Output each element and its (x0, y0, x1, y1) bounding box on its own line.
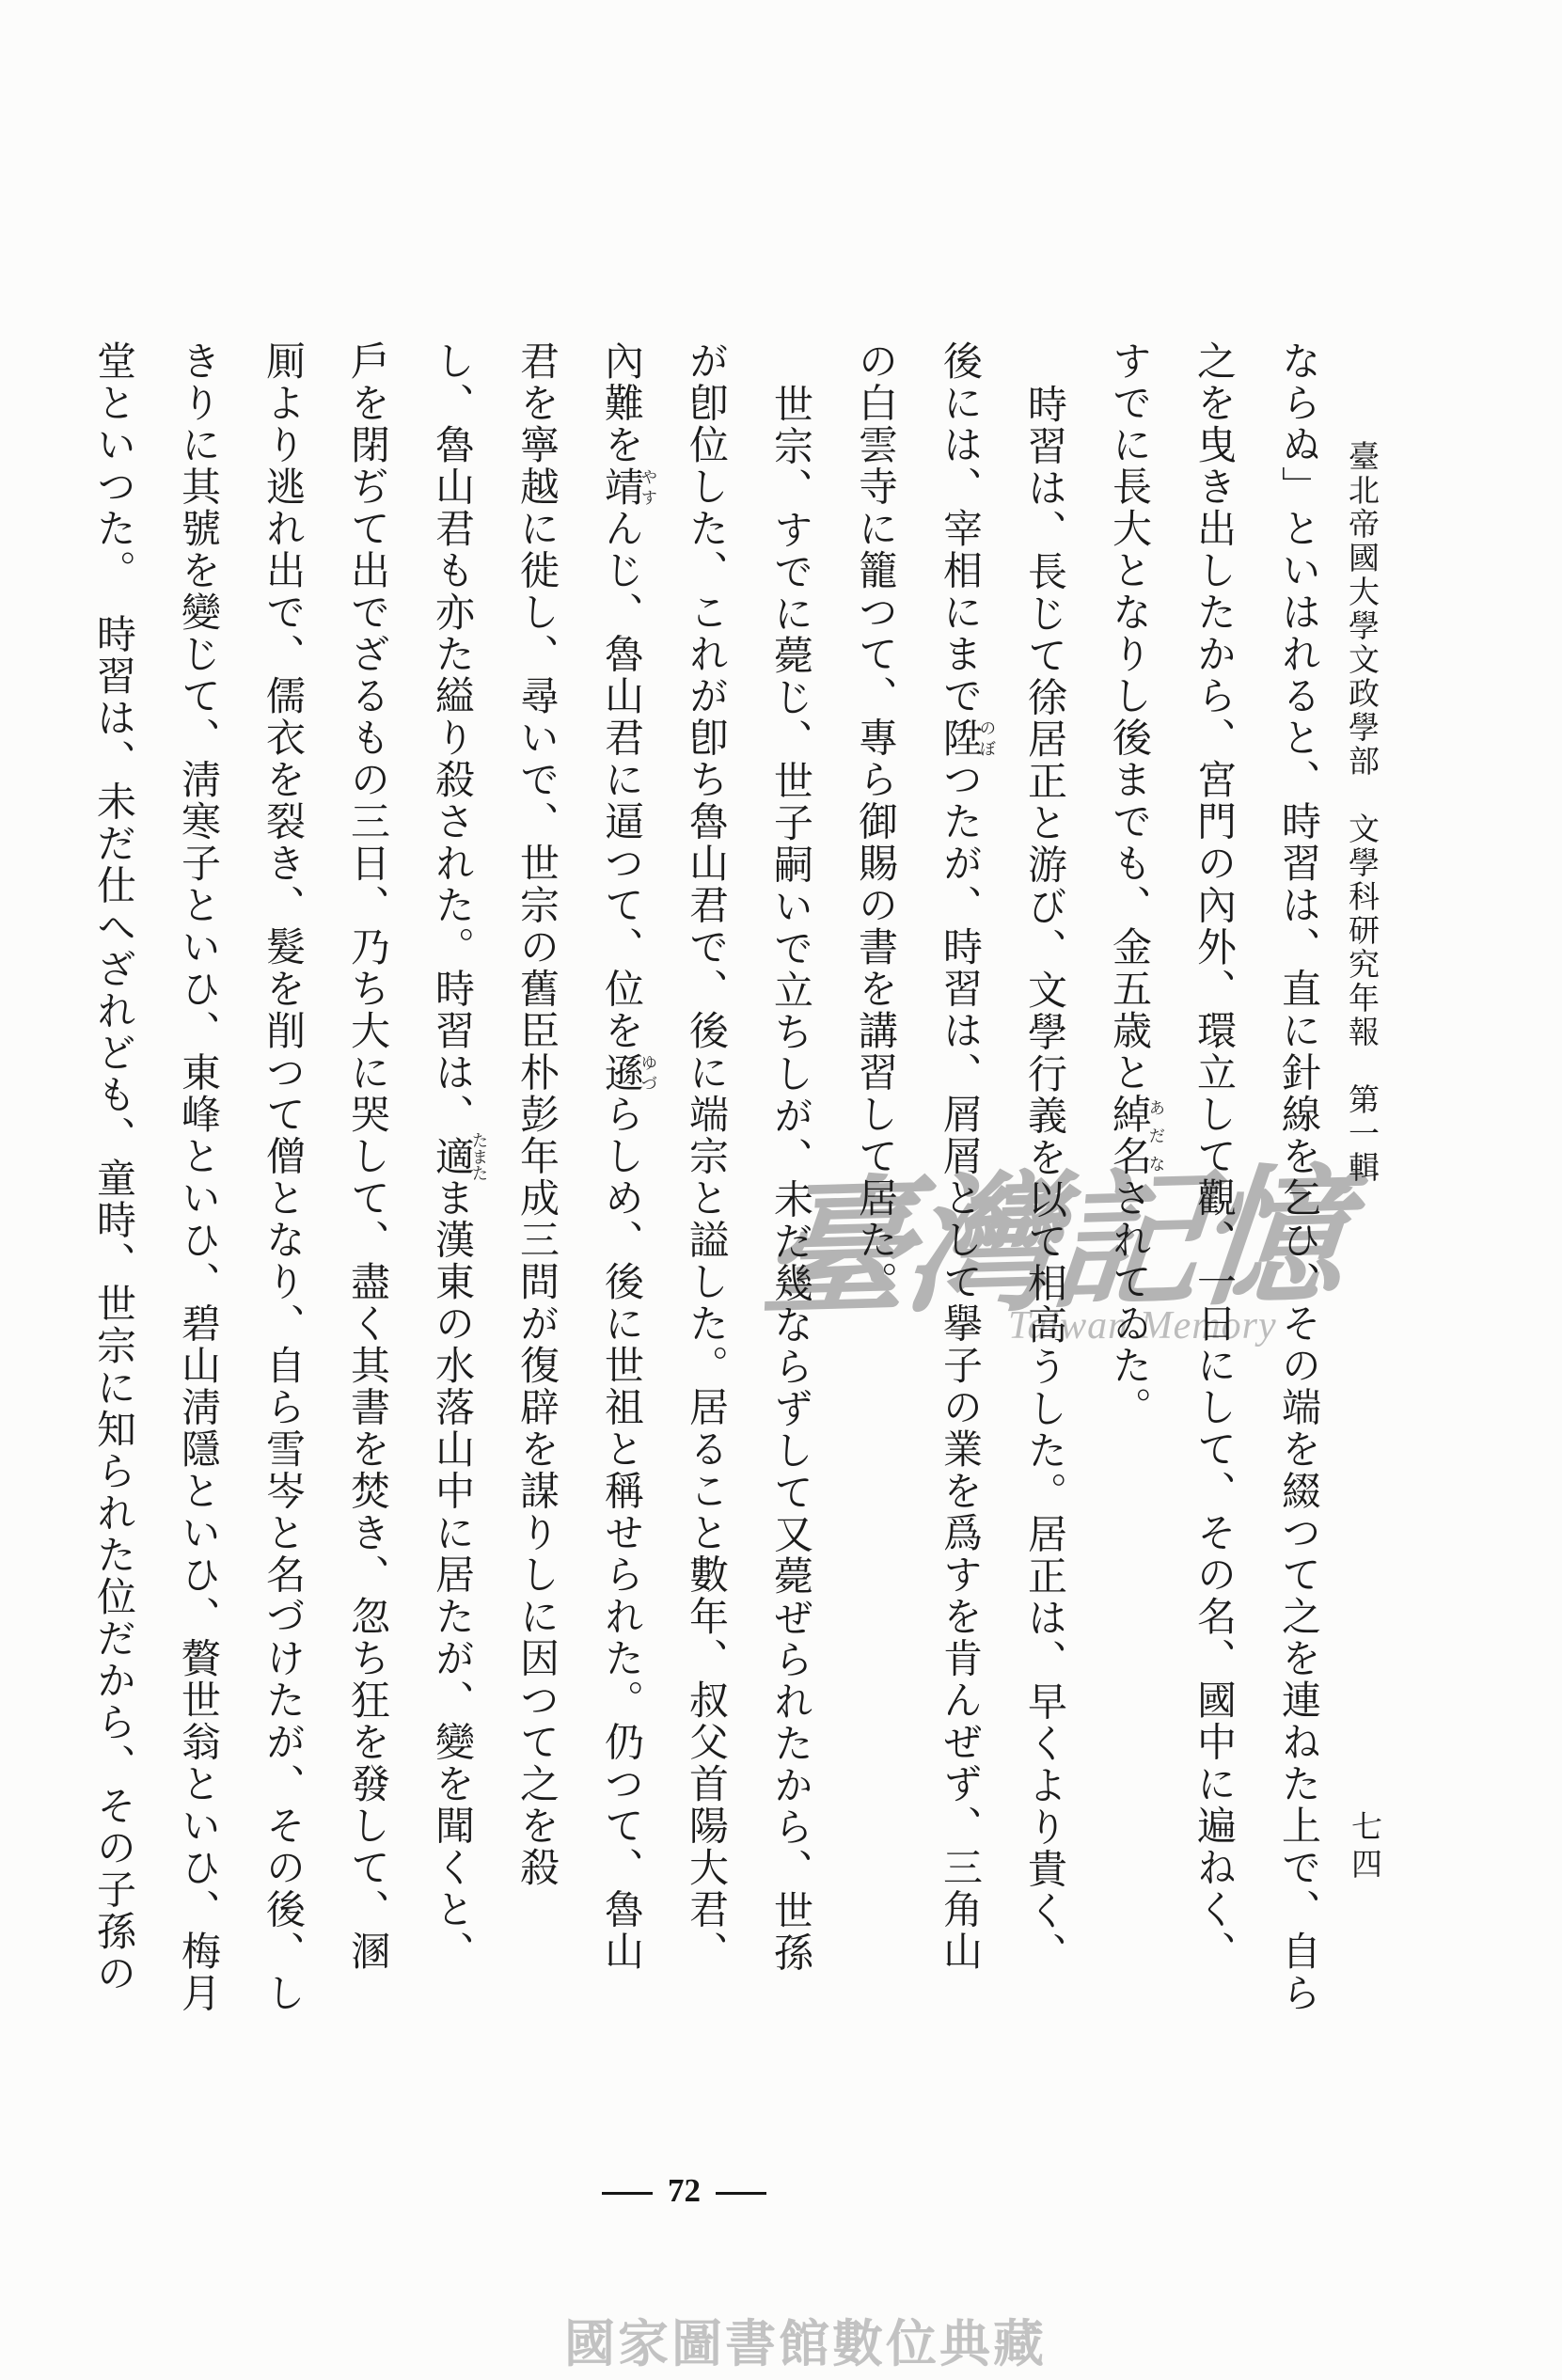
page-number-rule-left (602, 2192, 653, 2195)
folio-number: 七四 (1342, 1810, 1386, 1885)
page-number: 72 (668, 2172, 701, 2210)
scanned-page: 臺灣記憶 Taiwan Memory 臺北帝國大學文政學部 文學科研究年報 第一… (0, 0, 1562, 2380)
text-column: ならぬ」といはれると、時習は、直に針線を乞ひ、その端を綴つて之を連ねた上で、自ら (1255, 340, 1340, 2174)
text-column: 後には、宰相にまで陞のぼつたが、時習は、屑屑として擧子の業を爲すを肯んぜず、三角… (917, 340, 1002, 2174)
text-column: きりに其號を變じて、淸寒子といひ、東峰といひ、碧山淸隱といひ、贅世翁といひ、梅月 (155, 340, 240, 2174)
text-column: 堂といつた。 時習は、未だ仕へざれども、童時、世宗に知られた位だから、その子孫の (71, 340, 155, 2174)
text-column: し、魯山君も亦た縊り殺された。時習は、適たまたま漢東の水落山中に居たが、變を聞く… (409, 340, 494, 2174)
text-column: 厠より逃れ出で、儒衣を裂き、髮を削つて僧となり、自ら雪岑と名づけたが、その後、し (240, 340, 324, 2174)
text-column: 內難を靖やすんじ、魯山君に逼つて、位を遜ゆづらしめ、後に世祖と稱せられた。仍つて… (578, 340, 663, 2174)
text-column: 世宗、すでに薨じ、世子嗣いで立ちしが、未だ幾ならずして又薨ぜられたから、世孫 (748, 340, 832, 2174)
archive-label: 國家圖書館數位典藏 (564, 2304, 1047, 2376)
text-column: 之を曳き出したから、宮門の內外、環立して觀、一日にして、その名、國中に遍ねく、 (1171, 340, 1255, 2174)
page-number-rule-right (716, 2192, 766, 2195)
text-columns: ならぬ」といはれると、時習は、直に針線を乞ひ、その端を綴つて之を連ねた上で、自ら… (71, 340, 1340, 2174)
text-column: が卽位した、これが卽ち魯山君で、後に端宗と謚した。居ること數年、叔父首陽大君、 (663, 340, 748, 2174)
journal-title: 臺北帝國大學文政學部 文學科研究年報 第一輯 (1339, 440, 1383, 1185)
text-column: 戶を閉ぢて出でざるもの三日、乃ち大に哭して、盡く其書を焚き、忽ち狂を發して、溷 (324, 340, 409, 2174)
text-column: 時習は、長じて徐居正と游び、文學行義を以て相高うした。居正は、早くより貴く、 (1002, 340, 1086, 2174)
text-column: の白雲寺に籠つて、專ら御賜の書を講習して居た。 (832, 340, 917, 2174)
text-column: すでに長大となりし後までも、金五歳と綽名あだなされてゐた。 (1086, 340, 1171, 2174)
text-column: 君を寧越に徙し、尋いで、世宗の舊臣朴彭年成三問が復辟を謀りしに因つて之を殺 (494, 340, 578, 2174)
page-number-row: 72 (602, 2174, 766, 2212)
